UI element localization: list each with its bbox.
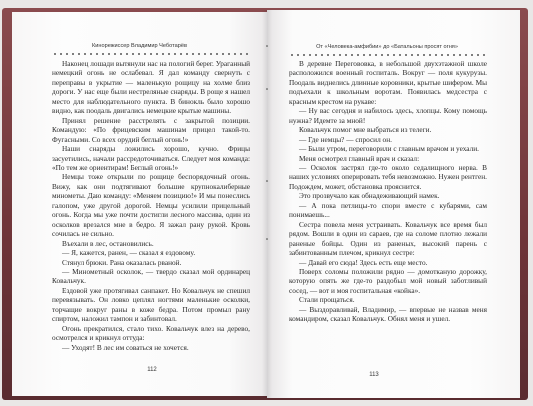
paragraph: — А пока петлицы-то спори вместе с кубар… [289,201,487,220]
paragraph: Это прозвучало как обнадеживающий намек. [289,191,487,200]
dotted-rule [289,54,489,56]
right-page: От «Человека-амфибии» до «Батальоны прос… [267,10,520,398]
print-speck [266,45,268,47]
book-gutter [262,10,272,398]
paragraph: Ковальчук помог мне выбраться из телеги. [289,125,487,134]
paragraph: — Минометный осколок, — твердо сказал мо… [52,267,250,286]
print-speck [266,180,268,182]
running-head-right: От «Человека-амфибии» до «Батальоны прос… [267,44,507,50]
paragraph: Наконец лошади вытянули нас на пологий б… [52,59,250,116]
page-number-left: 112 [140,367,164,373]
paragraph: Поверх соломы положили рядно — домоткану… [289,267,487,295]
paragraph: Въехали в лес, остановились. [52,239,250,248]
paragraph: Ездовой уже протягивал санпакет. Но Кова… [52,286,250,324]
paragraph: Стали прощаться. [289,295,487,304]
paragraph: Наши снаряды ложились хорошо, кучно. Фри… [52,144,250,172]
paragraph: Принял решение расстрелять с закрытой по… [52,116,250,144]
paragraph: — Я, кажется, ранен, — сказал я ездовому… [52,248,250,257]
print-speck [266,88,268,90]
paragraph: — Осколок застрял где-то около седалищно… [289,163,487,191]
paragraph: — Где немцы? — спросил он. [289,135,487,144]
paragraph: — Выздоравливай, Владимир, — впервые не … [289,305,487,324]
print-speck [266,238,268,240]
paragraph: Меня осмотрел главный врач и сказал: [289,154,487,163]
paragraph: — Уходят! В лес им соваться не хочется. [52,343,250,352]
paragraph: В деревне Перегововка, в небольшой двухэ… [289,59,487,106]
paragraph: — Ну вас сегодня и набилось здесь, хлопц… [289,106,487,125]
paragraph: Сестра повела меня устраивать. Ковальчук… [289,220,487,258]
paragraph: Стянул брюки. Рана оказалась рваной. [52,258,250,267]
page-number-right: 113 [362,372,386,378]
running-head-left: Кинорежиссер Владимир Чеботарёв [12,43,267,49]
left-page: Кинорежиссер Владимир Чеботарёв Наконец … [12,12,267,396]
left-page-text: Наконец лошади вытянули нас на пологий б… [52,59,250,352]
paragraph: Огонь прекратился, стало тихо. Ковальчук… [52,324,250,343]
paragraph: — Были утром, переговорили с главным вра… [289,144,487,153]
right-page-text: В деревне Перегововка, в небольшой двухэ… [289,59,487,324]
paragraph: Немцы тоже открыли по рощице беспорядочн… [52,172,250,238]
paragraph: — Давай его сюда! Здесь есть еще место. [289,258,487,267]
dotted-rule [52,53,252,55]
